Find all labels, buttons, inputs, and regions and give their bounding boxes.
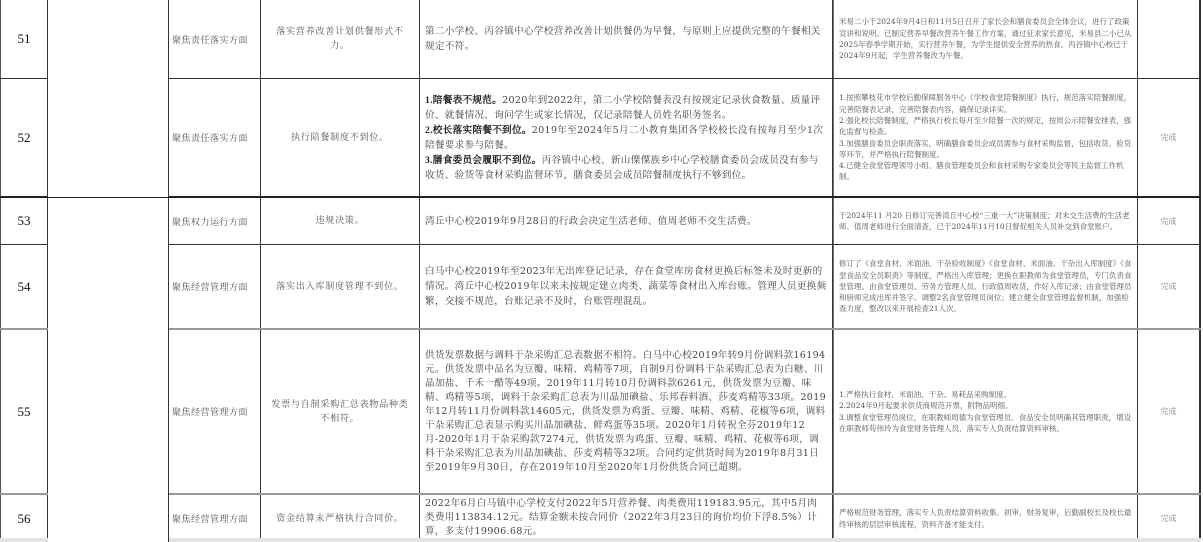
rectification-item-1: 1.按照攀枝花市学校后勤保障服务中心《学校食堂陪餐制度》执行，规范落实陪餐制度，… [839, 92, 1133, 115]
aspect-cell: 聚焦经营管理方面 [169, 245, 261, 328]
status-cell: 完成 [1138, 79, 1201, 196]
row-number: 52 [0, 79, 48, 196]
table-row-53: 53 聚焦权力运行方面 违规决策。 湾丘中心校2019年9月28日的行政会决定生… [0, 198, 1201, 245]
rectification-text: 米易二小于2024年9月4日和11月5日召开了家长会和膳食委员会全体会议，进行了… [839, 16, 1133, 61]
row-number: 53 [0, 198, 48, 244]
table-row-51: 51 聚焦责任落实方面 落实营养改善计划供餐形式不力。 第二小学校、丙谷镇中心学… [0, 0, 1201, 79]
issue-cell: 落实出入库制度管理不到位。 [261, 245, 420, 328]
aspect-cell: 聚焦经营管理方面 [169, 495, 261, 542]
rectification-item-3: 3.调整食堂管理员岗位，在职教师周德为食堂管理员、食品安全员明确其管理职责，增设… [839, 412, 1133, 435]
rectification-cell: 于2024年11 月20 日修订完善湾丘中心校“三重一大”决策制度；对未交生活费… [833, 198, 1138, 244]
status-cell: 完成 [1138, 198, 1201, 244]
page-bottom-edge [0, 538, 1201, 542]
rectification-cell: 修订了《食堂食材、米面油、干杂验收制度》《食堂食材、米面油、干杂出入库制度》《食… [833, 245, 1138, 328]
rectification-item-2: 2.强化校长陪餐制度，严格执行校长每月至少陪餐一次的规定，按周公示陪餐安排表，强… [839, 115, 1133, 138]
table-row-54: 54 聚焦经营管理方面 落实出入库制度管理不到位。 白马中心校2019年至202… [0, 245, 1201, 330]
row-number: 51 [0, 0, 48, 78]
aspect-cell: 聚焦经营管理方面 [169, 330, 261, 493]
issue-cell: 执行陪餐制度不到位。 [261, 79, 420, 196]
detail-item-3: 3.膳食委员会履职不到位。丙谷镇中心校、新山傈僳族乡中心学校膳食委员会成员没有参… [425, 153, 827, 183]
table-row-56: 56 聚焦经营管理方面 资金结算未严格执行合同价。 2022年6月白马镇中心学校… [0, 495, 1201, 542]
detail-text: 供货发票数据与调料干杂采购汇总表数据不相符。白马中心校2019年转9月份调料款1… [425, 349, 827, 475]
detail-text: 白马中心校2019年至2023年无出库登记记录，存在食堂库房食材更换后标签未及时… [425, 264, 827, 309]
rectification-text: 于2024年11 月20 日修订完善湾丘中心校“三重一大”决策制度；对未交生活费… [839, 210, 1133, 233]
status-cell: 完成 [1138, 495, 1201, 542]
rectification-item-3: 3.加强膳食委员会职责落实，明确膳食委员会成员需参与食材采购监督，包括收货、验货… [839, 138, 1133, 161]
detail-cell: 2022年6月白马镇中心学校支付2022年5月营养餐、肉类费用119183.95… [420, 495, 833, 542]
detail-cell: 白马中心校2019年至2023年无出库登记记录，存在食堂库房食材更换后标签未及时… [420, 245, 833, 328]
aspect-cell: 聚焦责任落实方面 [169, 0, 261, 78]
row-number: 55 [0, 330, 48, 493]
detail-cell: 湾丘中心校2019年9月28日的行政会决定生活老师、值周老师不交生活费。 [420, 198, 833, 244]
status-cell: 完成 [1138, 245, 1201, 328]
rectification-cell: 米易二小于2024年9月4日和11月5日召开了家长会和膳食委员会全体会议，进行了… [833, 0, 1138, 78]
detail-item-2: 2.校长落实陪餐不到位。2019年至2024年5月二小教育集团各学校校长没有按每… [425, 123, 827, 153]
aspect-cell: 聚焦权力运行方面 [169, 198, 261, 244]
table-row-55: 55 聚焦经营管理方面 发票与自制采购汇总表物品种类不相符。 供货发票数据与调料… [0, 330, 1201, 495]
row-number: 56 [0, 495, 48, 542]
detail-text: 湾丘中心校2019年9月28日的行政会决定生活老师、值周老师不交生活费。 [425, 214, 757, 229]
merged-category-column [48, 199, 169, 542]
rectification-text: 严格规范财务管理，落实专人负责结算资料收集、初审，财务复审，后勤副校长及校长最终… [839, 507, 1133, 530]
detail-cell: 1.陪餐表不规范。2020年到2022年，第二小学校陪餐表没有按规定记录伙食数量… [420, 79, 833, 196]
detail-text: 2022年6月白马镇中心学校支付2022年5月营养餐、肉类费用119183.95… [425, 497, 827, 539]
merged-category-column-mid [48, 80, 169, 197]
aspect-cell: 聚焦责任落实方面 [169, 79, 261, 196]
row-number: 54 [0, 245, 48, 328]
table-row-52: 52 聚焦责任落实方面 执行陪餐制度不到位。 1.陪餐表不规范。2020年到20… [0, 79, 1201, 198]
status-cell [1138, 0, 1201, 78]
rectification-table: 51 聚焦责任落实方面 落实营养改善计划供餐形式不力。 第二小学校、丙谷镇中心学… [0, 0, 1201, 542]
detail-cell: 供货发票数据与调料干杂采购汇总表数据不相符。白马中心校2019年转9月份调料款1… [420, 330, 833, 493]
rectification-cell: 1.按照攀枝花市学校后勤保障服务中心《学校食堂陪餐制度》执行，规范落实陪餐制度，… [833, 79, 1138, 196]
rectification-item-4: 4.已健全食堂管理领导小组、膳食管理委员会和食材采购专家委员会等民主监督工作机制… [839, 160, 1133, 183]
issue-cell: 资金结算未严格执行合同价。 [261, 495, 420, 542]
issue-cell: 发票与自制采购汇总表物品种类不相符。 [261, 330, 420, 493]
issue-cell: 落实营养改善计划供餐形式不力。 [261, 0, 420, 78]
rectification-text: 修订了《食堂食材、米面油、干杂验收制度》《食堂食材、米面油、干杂出入库制度》《食… [839, 258, 1133, 314]
rectification-item-1: 1.严格执行食材、米面油、干杂、易耗品采购制度。 [839, 389, 1133, 400]
detail-text: 第二小学校、丙谷镇中心学校营养改善计划供餐仍为早餐，与原则上应提供完整的午餐相关… [425, 24, 827, 54]
detail-cell: 第二小学校、丙谷镇中心学校营养改善计划供餐仍为早餐，与原则上应提供完整的午餐相关… [420, 0, 833, 78]
status-cell: 完成 [1138, 330, 1201, 493]
rectification-cell: 严格规范财务管理，落实专人负责结算资料收集、初审，财务复审，后勤副校长及校长最终… [833, 495, 1138, 542]
rectification-cell: 1.严格执行食材、米面油、干杂、易耗品采购制度。 2.2024年9月起要求供货商… [833, 330, 1138, 493]
detail-item-1: 1.陪餐表不规范。2020年到2022年，第二小学校陪餐表没有按规定记录伙食数量… [425, 93, 827, 123]
rectification-item-2: 2.2024年9月起要求供货商规范开票，附物品明细。 [839, 400, 1133, 411]
issue-cell: 违规决策。 [261, 198, 420, 244]
merged-category-column-top [48, 0, 169, 79]
